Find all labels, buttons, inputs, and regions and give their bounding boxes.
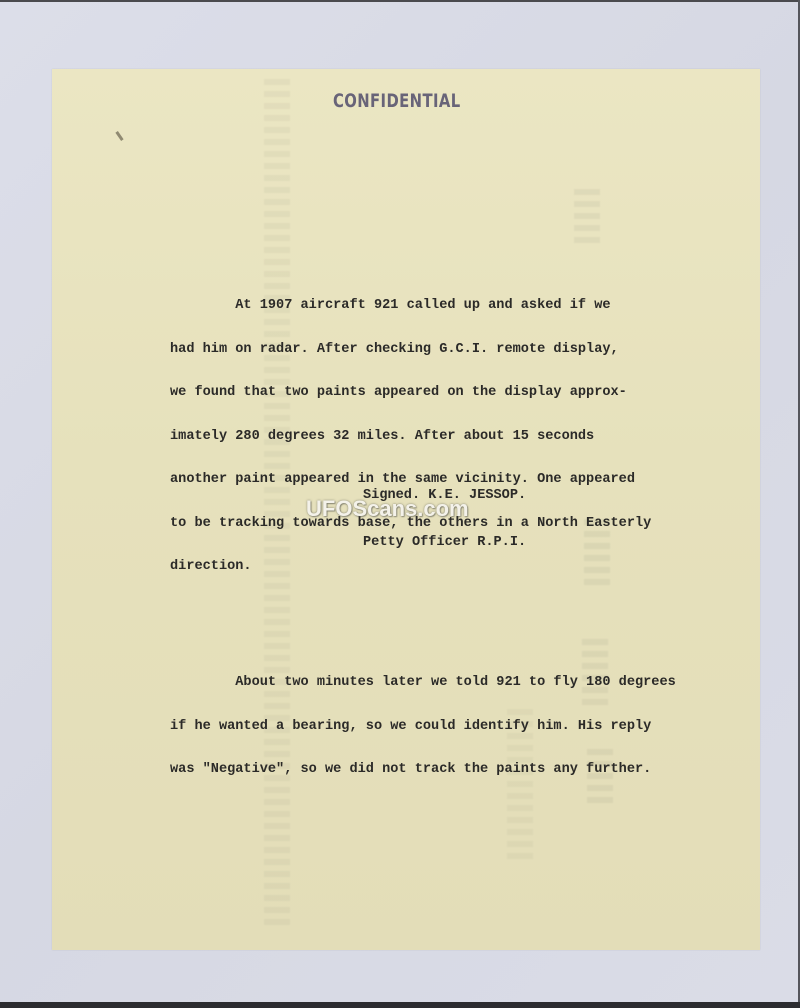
text-line: had him on radar. After checking G.C.I. … <box>170 343 676 358</box>
text-line: About two minutes later we told 921 to f… <box>170 676 676 691</box>
paragraph-2: About two minutes later we told 921 to f… <box>170 647 676 807</box>
confidential-stamp: CONFIDENTIAL <box>333 90 461 112</box>
text-line: At 1907 aircraft 921 called up and asked… <box>170 299 676 314</box>
text-line: was "Negative", so we did not track the … <box>170 763 676 778</box>
text-line: imately 280 degrees 32 miles. After abou… <box>170 430 676 445</box>
text-line: we found that two paints appeared on the… <box>170 386 676 401</box>
paper-speck <box>115 131 123 141</box>
watermark: UFOScans.com <box>306 496 469 522</box>
scan-bottom-border <box>0 1002 800 1008</box>
signature-title: Petty Officer R.P.I. <box>363 535 526 551</box>
text-line: if he wanted a bearing, so we could iden… <box>170 720 676 735</box>
bleed-through-mark <box>574 189 600 249</box>
